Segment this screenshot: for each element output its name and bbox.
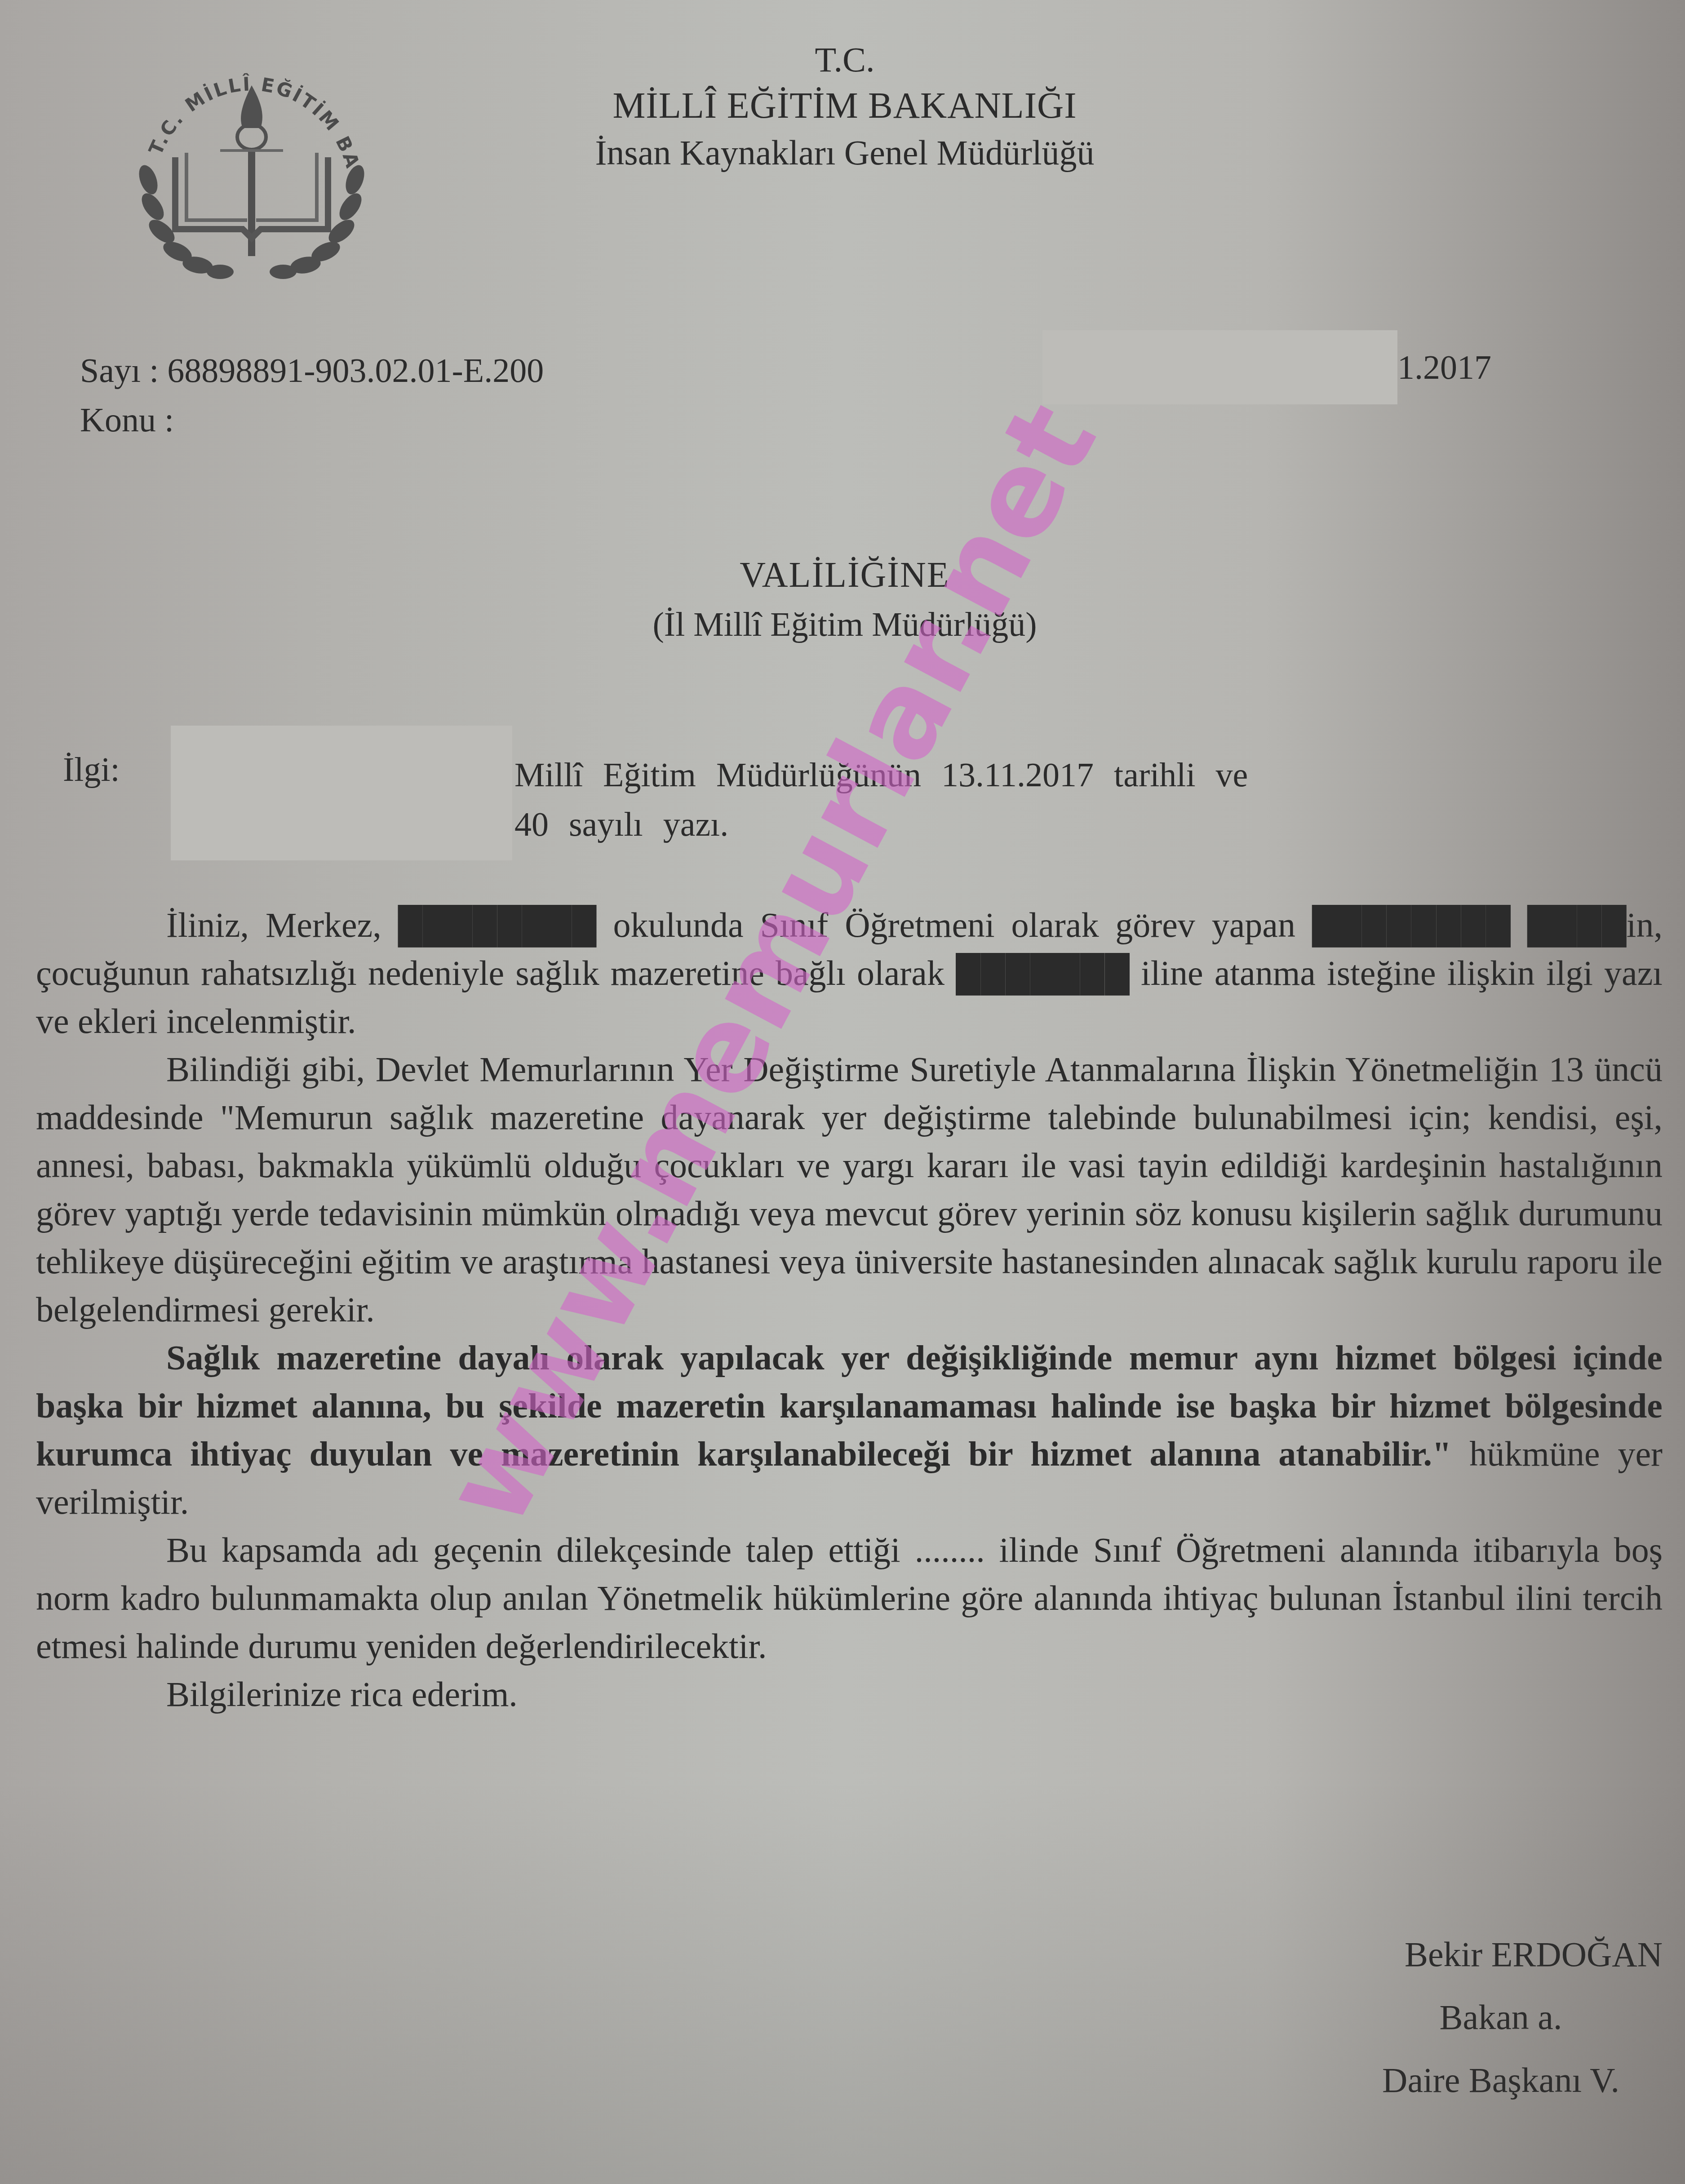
- reference-label: İlgi:: [63, 750, 120, 789]
- document-meta: Sayı : 68898891-903.02.01-E.200 Konu :: [80, 346, 544, 445]
- sayi-value: : 68898891-903.02.01-E.200: [149, 352, 544, 390]
- konu-label: Konu :: [80, 401, 174, 439]
- addressee: VALİLİĞİNE (İl Millî Eğitim Müdürlüğü): [530, 550, 1159, 649]
- signature-block: Bekir ERDOĞAN Bakan a. Daire Başkanı V.: [1339, 1923, 1663, 2112]
- letterhead: T.C. MİLLÎ EĞİTİM BAKANLIĞI İnsan Kaynak…: [530, 38, 1159, 175]
- body-paragraph: Bu kapsamda adı geçenin dilekçesinde tal…: [36, 1526, 1663, 1670]
- ministry-emblem-icon: T.C. MİLLÎ EĞİTİM BAKANLIĞI: [108, 31, 395, 283]
- body-paragraph: Sağlık mazeretine dayalı olarak yapılaca…: [36, 1333, 1663, 1526]
- letterhead-ministry: MİLLÎ EĞİTİM BAKANLIĞI: [530, 81, 1159, 130]
- sayi-label: Sayı: [80, 352, 141, 390]
- quoted-provision: Sağlık mazeretine dayalı olarak yapılaca…: [36, 1338, 1663, 1473]
- signatory-name: Bekir ERDOĞAN: [1339, 1923, 1663, 1986]
- body-paragraph: Bilindiği gibi, Devlet Memurlarının Yer …: [36, 1045, 1663, 1333]
- letterhead-republic: T.C.: [530, 38, 1159, 81]
- signatory-title-1: Bakan a.: [1339, 1986, 1663, 2049]
- letterhead-department: İnsan Kaynakları Genel Müdürlüğü: [530, 130, 1159, 175]
- reference-line-1: Millî Eğitim Müdürlüğünün 13.11.2017 tar…: [514, 750, 1436, 800]
- addressee-title: VALİLİĞİNE: [530, 550, 1159, 600]
- addressee-subtitle: (İl Millî Eğitim Müdürlüğü): [530, 600, 1159, 649]
- closing-line: Bilgilerinize rica ederim.: [36, 1670, 1663, 1718]
- reference-text: Millî Eğitim Müdürlüğünün 13.11.2017 tar…: [514, 750, 1436, 849]
- signatory-title-2: Daire Başkanı V.: [1339, 2049, 1663, 2112]
- letter-body: İliniz, Merkez, ████████ okulunda Sınıf …: [36, 901, 1663, 1718]
- body-paragraph: İliniz, Merkez, ████████ okulunda Sınıf …: [36, 901, 1663, 1045]
- reference-line-2: 40 sayılı yazı.: [514, 800, 1436, 849]
- redaction-box: [171, 726, 512, 860]
- document-page: T.C. MİLLÎ EĞİTİM BAKANLIĞI T.C.: [0, 0, 1685, 2184]
- document-date: 1.2017: [1397, 348, 1491, 387]
- redaction-box: [1042, 330, 1397, 404]
